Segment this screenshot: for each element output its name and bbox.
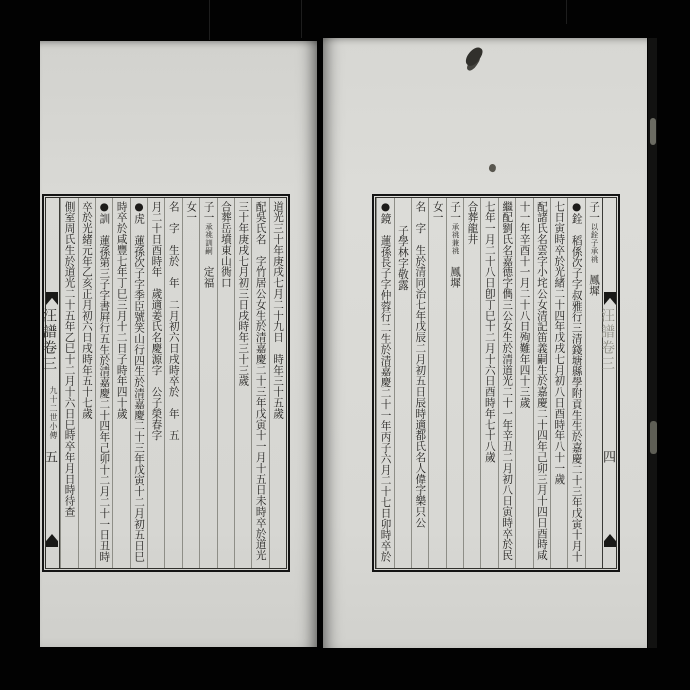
page-number: 五 (45, 450, 59, 463)
text-column: ●虎 蓮孫次子字季臣號笑山行四生於清嘉慶二十三年戊寅十二月初五日巳 (130, 198, 147, 568)
text-column: 配吳氏名 字竹居公女生於清嘉慶二十三年戊寅十一月十五日未時卒於道光 (251, 198, 268, 568)
column-text: 鳳墀 (449, 255, 461, 288)
column-text: 定福 (203, 255, 215, 288)
text-column: 七年一月二十八日卽丁巳十二月十六日酉時年七十八歲 (480, 198, 497, 568)
text-column: 合葬龍井 (463, 198, 480, 568)
column-text: 子一 (449, 201, 461, 223)
column-text: 七日寅時卒於光緒二十四年戊戌七月初八日酉時年八十一歲 (553, 201, 565, 484)
column-text: 卒於光緒元年乙亥正月初六日戌時年五十七歲 (81, 201, 93, 419)
binding-edge-mark (650, 118, 656, 145)
banxin-title: 汪譜卷三 (603, 308, 617, 372)
column-text: 鳳墀 (588, 263, 600, 296)
left-page-frame: 汪譜卷三 九十二世小傳 五 道光三十年庚戌七月二十九日 時年三十五歲配吳氏名 字… (42, 194, 290, 572)
text-column: 子一承祧兼祧 鳳墀 (446, 198, 463, 568)
right-page-banxin: 汪譜卷三 四 (602, 198, 617, 568)
text-column: 名 字 生於 年 二月初六日戌時卒於 年 五 (164, 198, 181, 568)
heir-annotation-text: 承祧兼祧 (451, 223, 460, 255)
column-text: 女一 (185, 201, 197, 223)
text-column: 女一 (182, 198, 199, 568)
heir-annotation-text: 以銓子承祧 (590, 223, 599, 264)
text-column: 子一承祧訓嗣 定福 (199, 198, 216, 568)
scanned-genealogy-spread: 汪譜卷三 四 子一以銓子承祧 鳳墀●銓 稻係次子字叔雅行三清錢塘縣學附貢生生於嘉… (0, 0, 690, 690)
column-text: 配諸氏名雲字小垞公女清記笛義嗣生於嘉慶二十四年己卯三月十四日酉時咸豐 (533, 201, 548, 561)
column-text: 配吳氏名 字竹居公女生於清嘉慶二十三年戊寅十一月十五日未時卒於道光 (255, 201, 267, 561)
scan-scratch (301, 0, 302, 38)
text-column: 子學林字敬露 (394, 198, 411, 568)
text-column: ●鏡 蓮孫長子字仲蓉行二生於清嘉慶二十一年丙子六月二十七日卯時卒於 (376, 198, 393, 568)
heir-annotation-text: 承祧訓嗣 (205, 223, 214, 255)
text-column: 名 字 生於清同治七年戊辰二月初五日辰時適都氏名人偉字樂只公 (411, 198, 428, 568)
text-column: 女一 (428, 198, 445, 568)
banxin-title: 汪譜卷三 (45, 308, 59, 372)
text-column: ●銓 稻係次子字叔雅行三清錢塘縣學附貢生生於嘉慶二十三年戊寅十月十 (567, 198, 584, 568)
column-text: 道光三十年庚戌七月二十九日 時年三十五歲 (272, 201, 284, 419)
page-number: 四 (603, 450, 617, 463)
text-column: 繼配劉氏名嘉德字儁三公女生於清道光二十一年辛丑二月初八日寅時卒於民國 (498, 198, 515, 568)
right-page-body: 子一以銓子承祧 鳳墀●銓 稻係次子字叔雅行三清錢塘縣學附貢生生於嘉慶二十三年戊寅… (376, 198, 602, 568)
fishtail-icon (604, 534, 616, 547)
text-column: 配諸氏名雲字小垞公女清記笛義嗣生於嘉慶二十四年己卯三月十四日酉時咸豐 (533, 198, 550, 568)
column-text: 時卒於咸豐七年丁巳三月十二日子時年四十歲 (116, 201, 128, 419)
right-page-frame: 汪譜卷三 四 子一以銓子承祧 鳳墀●銓 稻係次子字叔雅行三清錢塘縣學附貢生生於嘉… (372, 194, 620, 572)
text-column: 卒於光緒元年乙亥正月初六日戌時年五十七歲 (78, 198, 95, 568)
column-text: ●銓 稻係次子字叔雅行三清錢塘縣學附貢生生於嘉慶二十三年戊寅十月十 (571, 201, 583, 562)
column-text: 女一 (432, 201, 444, 223)
text-column: 時卒於咸豐七年丁巳三月十二日子時年四十歲 (112, 198, 129, 568)
text-column: 月二十日酉時年 歲適姜氏名慶源字 公子榮春字 (147, 198, 164, 568)
column-text: 名 字 生於清同治七年戊辰二月初五日辰時適都氏名人偉字樂只公 (414, 201, 426, 528)
column-text: 名 字 生於 年 二月初六日戌時卒於 年 五 (168, 201, 180, 441)
column-text: 十一年辛酉十一月二十八日殉難年四十三歲 (519, 201, 531, 408)
text-column: 三十年庚戌七月初三日戌時年三十三歲 (234, 198, 251, 568)
fishtail-icon (46, 292, 58, 305)
binding-edge-mark (650, 421, 657, 454)
text-column: 側室周氏生於道光二十五年乙巳十二月十六日巳時卒年月日時待查 (60, 198, 77, 568)
column-text: 合葬岳墳東山衖口 (220, 201, 232, 288)
column-text: 三十年庚戌七月初三日戌時年三十三歲 (237, 201, 249, 386)
column-text: 子學林字敬露 (397, 225, 409, 290)
left-page-banxin: 汪譜卷三 九十二世小傳 五 (45, 198, 60, 568)
banxin-subtitle: 九十二世小傳 (45, 386, 59, 440)
column-text: ●虎 蓮孫次子字季臣號笑山行四生於清嘉慶二十三年戊寅十二月初五日巳 (133, 201, 145, 562)
column-text: 側室周氏生於道光二十五年乙巳十二月十六日巳時卒年月日時待查 (64, 201, 76, 517)
column-text: ●鏡 蓮孫長子字仲蓉行二生於清嘉慶二十一年丙子六月二十七日卯時卒於 (380, 201, 392, 562)
text-column: 子一以銓子承祧 鳳墀 (585, 198, 602, 568)
text-column: 十一年辛酉十一月二十八日殉難年四十三歲 (515, 198, 532, 568)
column-text: 子一 (588, 201, 600, 223)
column-text: ●訓 蓮孫第三子字書屛行五生於清嘉慶二十四年己卯十二月二十一日丑時 (98, 201, 110, 562)
text-column: 道光三十年庚戌七月二十九日 時年三十五歲 (269, 198, 286, 568)
scan-scratch (566, 0, 567, 24)
column-text: 合葬龍井 (466, 201, 478, 245)
scan-scratch (209, 0, 210, 40)
text-column: 合葬岳墳東山衖口 (217, 198, 234, 568)
text-column: 七日寅時卒於光緒二十四年戊戌七月初八日酉時年八十一歲 (550, 198, 567, 568)
left-page-body: 道光三十年庚戌七月二十九日 時年三十五歲配吳氏名 字竹居公女生於清嘉慶二十三年戊… (60, 198, 286, 568)
column-text: 七年一月二十八日卽丁巳十二月十六日酉時年七十八歲 (484, 201, 496, 463)
column-text: 月二十日酉時年 歲適姜氏名慶源字 公子榮春字 (150, 201, 162, 441)
fishtail-icon (604, 292, 616, 305)
column-text: 繼配劉氏名嘉德字儁三公女生於清道光二十一年辛丑二月初八日寅時卒於民國 (498, 201, 513, 561)
column-text: 子一 (203, 201, 215, 223)
fishtail-icon (46, 534, 58, 547)
text-column: ●訓 蓮孫第三子字書屛行五生於清嘉慶二十四年己卯十二月二十一日丑時 (95, 198, 112, 568)
